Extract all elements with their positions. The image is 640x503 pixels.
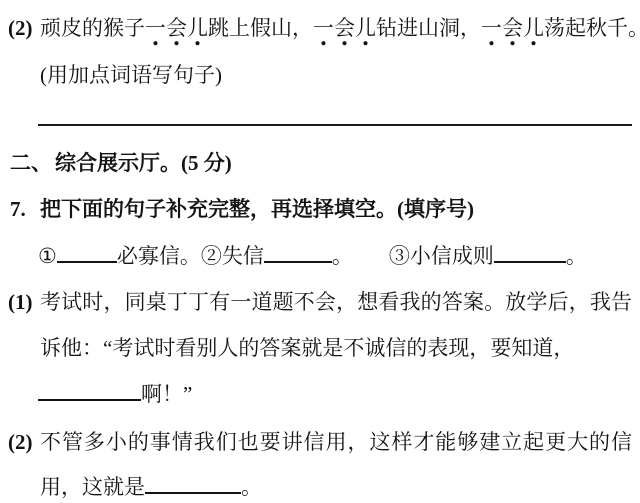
- fill-2-pre: ②失信: [201, 244, 264, 268]
- item-1-answer-blank: [38, 381, 141, 401]
- fill-3-post: 。: [566, 244, 587, 268]
- worksheet-page: (2) 顽皮的猴子一会儿跳上假山，一会儿钻进山洞，一会儿荡起秋千。 (用加点词语…: [0, 0, 640, 503]
- section-heading: 二、 综合展示厅。(5 分): [0, 148, 640, 178]
- question-7-item-1-line-3: 啊！”: [0, 379, 640, 409]
- emphasized-word-1: 一会儿: [145, 16, 208, 46]
- emphasized-word-2: 一会儿: [313, 16, 376, 46]
- section-points: (5 分): [181, 151, 232, 175]
- emphasized-word-3: 一会儿: [481, 16, 544, 46]
- fill-2-blank: [264, 243, 332, 263]
- exercise-item-2: (2) 顽皮的猴子一会儿跳上假山，一会儿钻进山洞，一会儿荡起秋千。: [0, 13, 640, 43]
- item-1-line-3: 啊！”: [38, 379, 192, 409]
- fill-1-blank: [57, 243, 117, 263]
- item-2-sentence: 顽皮的猴子一会儿跳上假山，一会儿钻进山洞，一会儿荡起秋千。: [40, 13, 632, 43]
- sentence-segment: 钻进山洞，: [376, 16, 481, 40]
- section-number: 二、: [10, 148, 52, 178]
- item-1-line-1: 考试时，同桌丁丁有一道题不会，想看我的答案。放学后，我告: [40, 287, 632, 317]
- instruction-text: (用加点词语写句子): [40, 60, 222, 90]
- sentence-segment: 跳上假山，: [208, 16, 313, 40]
- question-7-fill-line: ①必寡信。②失信。③小信成则。: [0, 241, 640, 271]
- section-title-text: 综合展示厅。: [55, 151, 181, 175]
- fill-3-pre: ③小信成则: [389, 244, 494, 268]
- question-7-item-1-line-2: 诉他：“考试时看别人的答案就是不诚信的表现，要知道，: [0, 333, 640, 363]
- question-7: 7. 把下面的句子补充完整，再选择填空。(填序号): [0, 194, 640, 224]
- item-1-line-3-text: 啊！”: [141, 382, 192, 406]
- sentence-segment: 顽皮的猴子: [40, 16, 145, 40]
- item-1-line-2: 诉他：“考试时看别人的答案就是不诚信的表现，要知道，: [40, 333, 574, 363]
- question-7-item-2: (2) 不管多小的事情我们也要讲信用，这样才能够建立起更大的信: [0, 427, 640, 457]
- question-7-prompt: 把下面的句子补充完整，再选择填空。(填序号): [40, 194, 474, 224]
- item-2b-answer-blank: [145, 474, 241, 494]
- fill-1-pre: ①: [38, 244, 57, 268]
- sentence-segment: 荡起秋千。: [544, 16, 640, 40]
- fill-1-post: 必寡信。: [117, 244, 201, 268]
- answer-rule-line: [38, 124, 632, 126]
- fill-3-blank: [494, 243, 566, 263]
- question-7-item-1: (1) 考试时，同桌丁丁有一道题不会，想看我的答案。放学后，我告: [0, 287, 640, 317]
- item-1-label: (1): [8, 287, 33, 317]
- item-2b-line-2-pre: 用，这就是: [40, 475, 145, 499]
- fill-2-post: 。: [332, 244, 353, 268]
- item-2b-line-2-post: 。: [241, 475, 262, 499]
- fill-items: ①必寡信。②失信。③小信成则。: [38, 241, 587, 271]
- item-2-label: (2): [8, 13, 33, 43]
- question-7-number: 7.: [10, 194, 26, 224]
- question-7-item-2-line-2: 用，这就是。: [0, 472, 640, 502]
- item-2b-line-1: 不管多小的事情我们也要讲信用，这样才能够建立起更大的信: [40, 427, 632, 457]
- item-2b-label: (2): [8, 427, 33, 457]
- section-title: 综合展示厅。(5 分): [55, 148, 232, 178]
- item-2b-line-2: 用，这就是。: [40, 472, 262, 502]
- item-2-instruction: (用加点词语写句子): [0, 60, 640, 90]
